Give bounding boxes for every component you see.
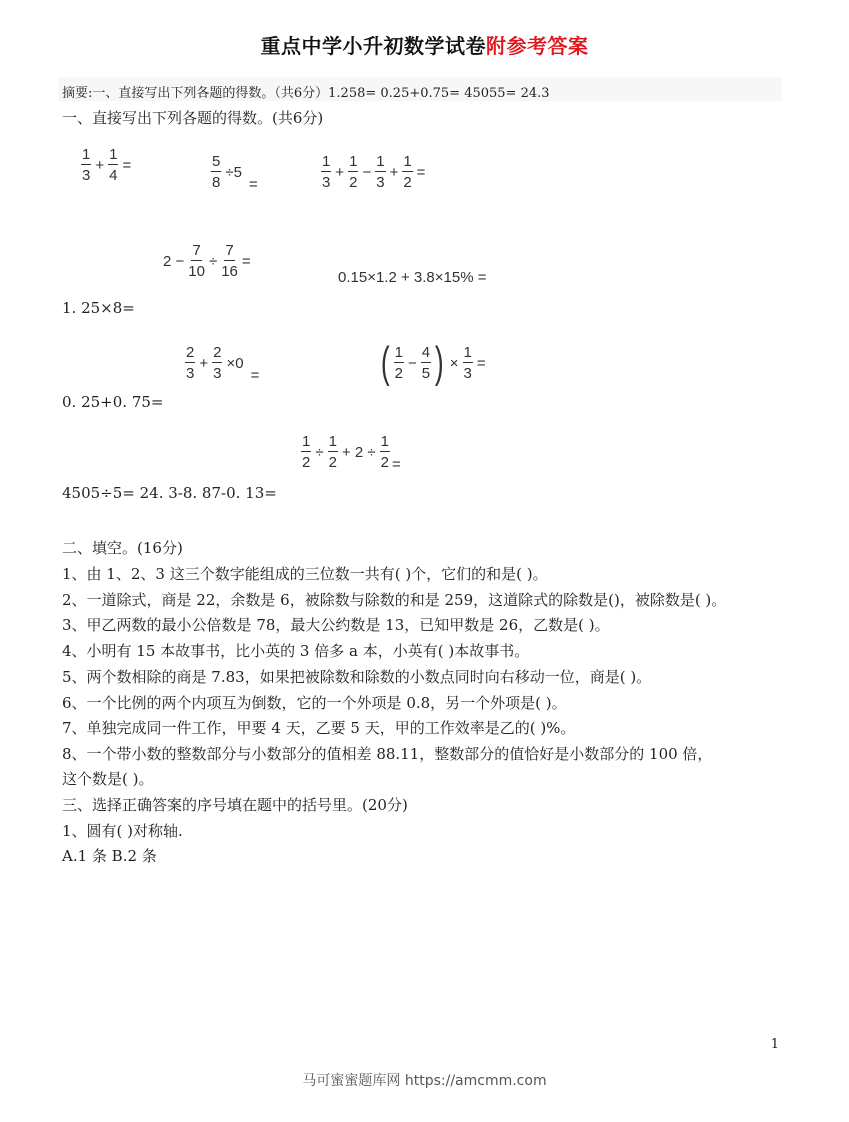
title-main: 重点中学小升初数学试卷 bbox=[261, 34, 487, 58]
page-number: 1 bbox=[771, 1037, 779, 1052]
summary-text: 摘要:一、直接写出下列各题的得数。（共6分）1.258= 0.25+0.75= … bbox=[62, 82, 550, 101]
right-paren: ) bbox=[435, 341, 444, 385]
expr-2: 58 ÷5 = bbox=[210, 154, 258, 190]
expr-8: 12 ÷ 12 + 2 ÷ 12 = bbox=[300, 434, 401, 470]
page-title: 重点中学小升初数学试卷附参考答案 bbox=[0, 30, 849, 59]
title-highlight: 附参考答案 bbox=[486, 34, 589, 58]
expr-3: 13 + 12 − 13 + 12 = bbox=[320, 154, 428, 190]
fill-item-6: 6、一个比例的两个内项互为倒数，它的一个外项是 0.8，另一个外项是( )。 bbox=[62, 692, 567, 713]
expr-5: 0.15×1.2 + 3.8×15% = bbox=[338, 269, 486, 286]
fill-item-3: 3、甲乙两数的最小公倍数是 78，最大公约数是 13，已知甲数是 26，乙数是(… bbox=[62, 614, 610, 635]
choice-q1-options: A.1 条 B.2 条 bbox=[62, 845, 157, 866]
expr-7: ( 12 − 45 ) × 13 = bbox=[378, 341, 489, 385]
fill-item-2: 2、一道除式，商是 22，余数是 6，被除数与除数的和是 259，这道除式的除数… bbox=[62, 589, 726, 610]
fill-item-1: 1、由 1、2、3 这三个数字能组成的三位数一共有( )个，它们的和是( )。 bbox=[62, 563, 548, 584]
expr-1: 13 + 14 = bbox=[80, 147, 134, 183]
fill-item-5: 5、两个数相除的商是 7.83，如果把被除数和除数的小数点同时向右移动一位，商是… bbox=[62, 666, 651, 687]
expr-4: 2 − 710 ÷ 716 = bbox=[160, 243, 254, 279]
fill-item-7: 7、单独完成同一件工作，甲要 4 天，乙要 5 天，甲的工作效率是乙的( )%。 bbox=[62, 717, 575, 738]
section1-heading: 一、直接写出下列各题的得数。(共6分) bbox=[62, 107, 323, 128]
line-1: 1. 25×8= bbox=[62, 299, 135, 317]
expr-6: 23 + 23 ×0 = bbox=[184, 345, 259, 381]
fill-item-4: 4、小明有 15 本故事书，比小英的 3 倍多 a 本，小英有( )本故事书。 bbox=[62, 640, 529, 661]
summary-band: 摘要:一、直接写出下列各题的得数。（共6分）1.258= 0.25+0.75= … bbox=[58, 77, 782, 101]
section2-heading: 二、填空。(16分) bbox=[62, 537, 183, 558]
footer-watermark: 马可蜜蜜题库网 https://amcmm.com bbox=[0, 1070, 849, 1090]
fill-item-8-cont: 这个数是( )。 bbox=[62, 768, 153, 789]
choice-q1: 1、圆有( )对称轴. bbox=[62, 820, 183, 841]
section3-heading: 三、选择正确答案的序号填在题中的括号里。(20分) bbox=[62, 794, 408, 815]
fill-item-8: 8、一个带小数的整数部分与小数部分的值相差 88.11，整数部分的值恰好是小数部… bbox=[62, 743, 712, 764]
line-3: 4505÷5= 24. 3-8. 87-0. 13= bbox=[62, 484, 277, 502]
left-paren: ( bbox=[381, 341, 390, 385]
line-2: 0. 25+0. 75= bbox=[62, 393, 163, 411]
